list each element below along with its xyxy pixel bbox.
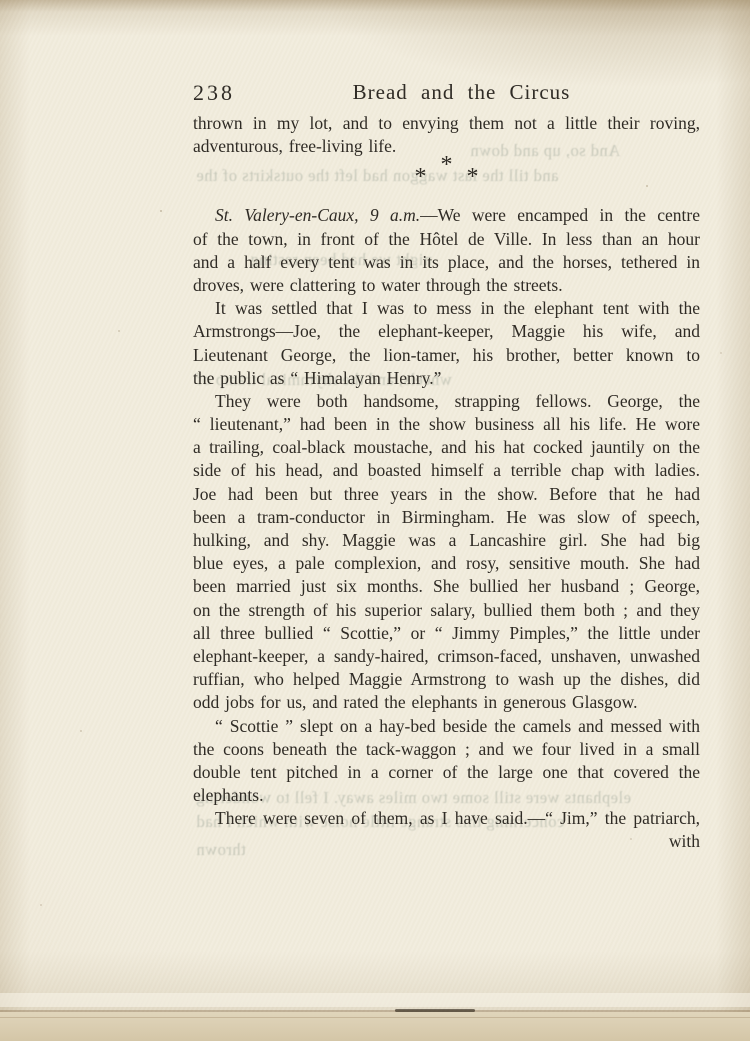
text-line: side of his head, and boasted himself a …: [193, 459, 700, 482]
paper-speckles: [160, 210, 162, 212]
catchword: with: [193, 830, 700, 853]
text-line: droves, were clattering to water through…: [193, 274, 700, 297]
asterisk: *: [467, 166, 479, 189]
text-line: St. Valery-en-Caux, 9 a.m.—We were encam…: [193, 204, 700, 227]
text-line: elephants.: [193, 784, 700, 807]
text-line: been a tram-conductor in Birmingham. He …: [193, 506, 700, 529]
text-line: been married just six months. She bullie…: [193, 575, 700, 598]
text-line: “ lieutenant,” had been in the show busi…: [193, 413, 700, 436]
text-line: Lieutenant George, the lion-tamer, his b…: [193, 344, 700, 367]
book-page: And so, up and downand till the last wag…: [0, 0, 750, 1041]
paragraph: St. Valery-en-Caux, 9 a.m.—We were encam…: [193, 204, 700, 297]
text-line: thrown in my lot, and to envying them no…: [193, 112, 700, 135]
page-bottom-edge: [0, 1012, 750, 1041]
asterisk: *: [415, 166, 427, 189]
text-line: the public as “ Himalayan Henry.”: [193, 367, 700, 390]
text-line: a trailing, coal-black moustache, and hi…: [193, 436, 700, 459]
text-line: all three bullied “ Scottie,” or “ Jimmy…: [193, 622, 700, 645]
text-line: Joe had been but three years in the show…: [193, 483, 700, 506]
text-line: ruffian, who helped Maggie Armstrong to …: [193, 668, 700, 691]
paragraph: “ Scottie ” slept on a hay-bed beside th…: [193, 715, 700, 808]
text-line: on the strength of his superior salary, …: [193, 599, 700, 622]
asterisk: *: [441, 154, 453, 177]
text-line: the coons beneath the tack-waggon ; and …: [193, 738, 700, 761]
text-line: double tent pitched in a corner of the l…: [193, 761, 700, 784]
text-line: Armstrongs—Joe, the elephant-keeper, Mag…: [193, 320, 700, 343]
text-line: elephant-keeper, a sandy-haired, crimson…: [193, 645, 700, 668]
text-line: There were seven of them, as I have said…: [193, 807, 700, 830]
text-line: hulking, and shy. Maggie was a Lancashir…: [193, 529, 700, 552]
text-line: odd jobs for us, and rated the elephants…: [193, 691, 700, 714]
asterisk-break: ***: [193, 158, 700, 204]
text-segment: —We were encamped in the centre: [420, 205, 700, 225]
text-line: and a half every tent was in its place, …: [193, 251, 700, 274]
text-line: “ Scottie ” slept on a hay-bed beside th…: [193, 715, 700, 738]
page-edge-highlight: [0, 993, 750, 1007]
running-title: Bread and the Circus: [193, 80, 730, 105]
paragraph: It was settled that I was to mess in the…: [193, 297, 700, 390]
dateline-italic: St. Valery-en-Caux, 9 a.m.: [215, 205, 420, 225]
text-line: It was settled that I was to mess in the…: [193, 297, 700, 320]
page-header: 238 Bread and the Circus: [193, 80, 700, 110]
text-line: blue eyes, a pale complexion, and rosy, …: [193, 552, 700, 575]
paragraph: There were seven of them, as I have said…: [193, 807, 700, 853]
text-line: of the town, in front of the Hôtel de Vi…: [193, 228, 700, 251]
paragraph: They were both handsome, strapping fello…: [193, 390, 700, 715]
page-text-block: thrown in my lot, and to envying them no…: [193, 112, 700, 854]
text-line: They were both handsome, strapping fello…: [193, 390, 700, 413]
